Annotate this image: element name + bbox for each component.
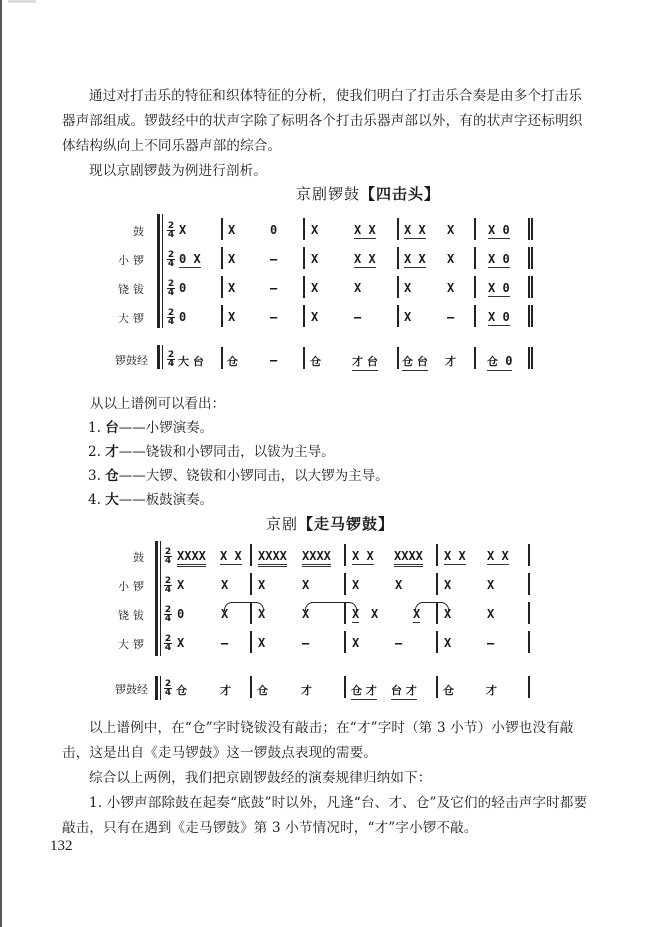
- analysis-item: 2. 才——铙钹和小锣同击，以钹为主导。: [88, 440, 335, 460]
- score2-title: 京剧【走马锣鼓】: [266, 513, 394, 534]
- tie-mark: [305, 602, 357, 611]
- page-edge: [0, 0, 2, 927]
- page-number: 132: [50, 838, 73, 855]
- system-brace: [155, 676, 161, 700]
- part-label: 铙钹: [110, 281, 148, 297]
- analysis-item: 3. 仓——大锣、铙钹和小锣同击，以大锣为主导。: [88, 464, 389, 484]
- analysis-intro: 从以上谱例可以看出：: [90, 392, 225, 412]
- tie-mark: [224, 602, 264, 611]
- system-brace: [157, 345, 163, 369]
- part-label: 鼓: [110, 223, 148, 239]
- score2-title-prefix: 京剧: [266, 515, 298, 533]
- system-brace: [157, 214, 163, 328]
- part-label: 锣鼓经: [110, 352, 148, 368]
- time-signature: 24: [163, 635, 173, 652]
- conclusion-paragraph-1: 以上谱例中，在“仓”字时铙钹没有敲击；在“才”字时（第 3 小节）小锣也没有敲击…: [62, 716, 592, 766]
- conclusion-paragraph-3: 1. 小锣声部除鼓在起奏“底鼓”时以外，凡逢“台、才、仓”及它们的轻击声字时都要…: [62, 791, 592, 841]
- part-label: 大锣: [110, 636, 148, 652]
- time-signature: 24: [166, 251, 176, 268]
- time-signature: 24: [163, 577, 173, 594]
- time-signature: 24: [163, 680, 173, 697]
- part-label: 大锣: [110, 310, 148, 326]
- tie-mark: [415, 602, 449, 611]
- part-label: 铙钹: [110, 607, 148, 623]
- part-label: 锣鼓经: [110, 681, 148, 697]
- part-label: 小锣: [110, 252, 148, 268]
- intro-paragraph-2: 现以京剧锣鼓为例进行剖析。: [62, 159, 592, 184]
- scan-mark: [8, 0, 36, 3]
- part-label: 小锣: [110, 578, 148, 594]
- time-signature: 24: [163, 606, 173, 623]
- time-signature: 24: [166, 309, 176, 326]
- score1-title-prefix: 京剧锣鼓: [296, 185, 360, 203]
- time-signature: 24: [163, 548, 173, 565]
- system-brace: [155, 541, 161, 656]
- score1-title-bracketed: 【四击头】: [360, 185, 440, 203]
- time-signature: 24: [166, 351, 176, 368]
- analysis-item: 1. 台——小锣演奏。: [88, 416, 213, 436]
- score2-title-bracketed: 【走马锣鼓】: [298, 515, 394, 533]
- part-label: 鼓: [110, 549, 148, 565]
- time-signature: 24: [166, 280, 176, 297]
- time-signature: 24: [166, 222, 176, 239]
- intro-paragraph: 通过对打击乐的特征和织体特征的分析，使我们明白了打击乐合奏是由多个打击乐器声部组…: [62, 84, 592, 159]
- score1-title: 京剧锣鼓【四击头】: [296, 183, 440, 204]
- analysis-item: 4. 大——板鼓演奏。: [88, 488, 213, 508]
- conclusion-paragraph-2: 综合以上两例，我们把京剧锣鼓经的演奏规律归纳如下：: [62, 766, 592, 791]
